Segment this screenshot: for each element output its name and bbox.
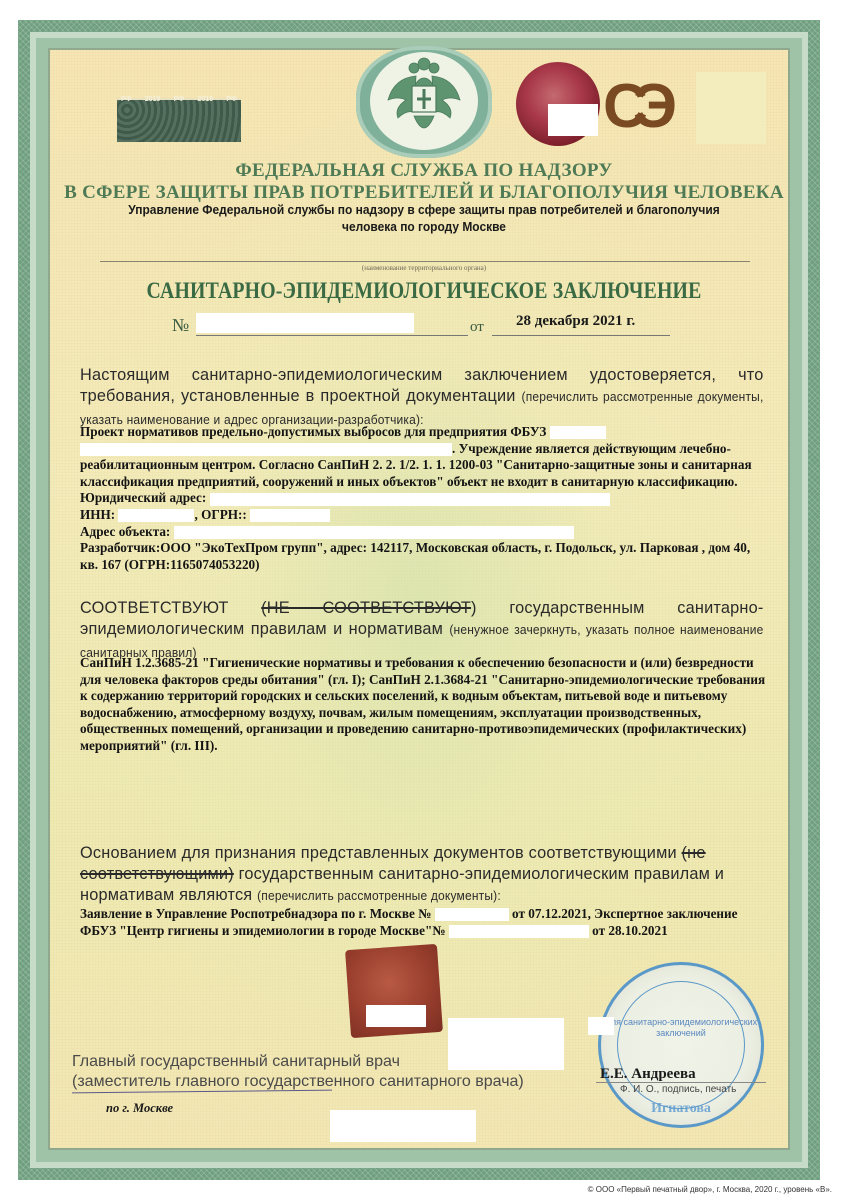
redacted-block [548, 104, 598, 136]
security-strip: РФ 2019 РФ 2019 РФ [117, 98, 241, 142]
object-address-label: Адрес объекта: [80, 524, 170, 539]
number-underline [196, 335, 468, 336]
stamp-center-text: Для санитарно-эпидемиологических заключе… [601, 1017, 761, 1039]
divider [100, 261, 750, 262]
number-label: № [172, 315, 189, 336]
signature-caption: Ф. И. О., подпись, печать [620, 1084, 736, 1095]
inn-label: ИНН: [80, 507, 115, 522]
sanpin-list: СанПиН 1.2.3685-21 "Гигиенические нормат… [80, 655, 770, 755]
ogrn-label: , ОГРН:: [194, 507, 246, 522]
redacted-block [80, 443, 452, 456]
compliance-paragraph: СООТВЕТСТВУЮТ (НЕ СООТВЕТСТВУЮТ) государ… [80, 597, 768, 664]
not-complies-struck: (НЕ СООТВЕТСТВУЮТ [261, 598, 471, 617]
redacted-application-number [435, 908, 509, 921]
double-headed-eagle-emblem-icon [370, 52, 478, 150]
redacted-legal-address [210, 493, 610, 506]
strip-text: РФ [226, 96, 237, 103]
document-title: САНИТАРНО-ЭПИДЕМИОЛОГИЧЕСКОЕ ЗАКЛЮЧЕНИЕ [59, 278, 788, 304]
redacted-expert-number [449, 925, 589, 938]
redacted-block [588, 1017, 614, 1035]
basis-docs-part-3: от 28.10.2021 [592, 923, 668, 938]
department-name: Управление Федеральной службы по надзору… [117, 201, 732, 235]
signer-name: Е.Е. Андреева [600, 1066, 696, 1083]
redacted-block [330, 1110, 476, 1142]
agency-name-line-1: ФЕДЕРАЛЬНАЯ СЛУЖБА ПО НАДЗОРУ [0, 160, 848, 182]
se-logo: СЭ [603, 76, 663, 138]
redacted-document-number [196, 313, 414, 333]
intro-paragraph: Настоящим санитарно-эпидемиологическим з… [80, 364, 768, 431]
printer-credit: © ООО «Первый печатный двор», г. Москва,… [588, 1185, 832, 1194]
issue-date: 28 декабря 2021 г. [516, 313, 635, 330]
official-round-stamp: Для санитарно-эпидемиологических заключе… [598, 962, 764, 1128]
from-label: от [470, 319, 484, 336]
document-number-row: № от 28 декабря 2021 г. [172, 313, 672, 337]
strip-text: РФ [174, 96, 185, 103]
project-line-1: Проект нормативов предельно-допустимых в… [80, 424, 546, 439]
stamp-surname: Игнатова [601, 1101, 761, 1117]
strip-text: 2019 [145, 96, 161, 103]
legal-address-label: Юридический адрес: [80, 490, 206, 505]
strip-text: РФ [121, 96, 132, 103]
department-caption: (наименование территориального органа) [0, 264, 848, 272]
basis-hint: (перечислить рассмотренные документы): [257, 889, 501, 903]
signatory-title-line-1: Главный государственный санитарный врач [72, 1052, 524, 1072]
signatory-city: по г. Москве [106, 1101, 173, 1116]
project-description: Проект нормативов предельно-допустимых в… [80, 424, 770, 573]
basis-docs-part-1: Заявление в Управление Роспотребнадзора … [80, 906, 431, 921]
complies-text: СООТВЕТСТВУЮТ [80, 598, 228, 617]
basis-text-1: Основанием для признания представленных … [80, 843, 677, 862]
signatory-title: Главный государственный санитарный врач … [72, 1052, 524, 1092]
redacted-block [550, 426, 606, 439]
date-underline [492, 335, 670, 336]
strip-text: 2019 [198, 96, 214, 103]
redacted-inn [118, 509, 194, 522]
basis-paragraph: Основанием для признания представленных … [80, 842, 768, 907]
redacted-ogrn [250, 509, 330, 522]
redacted-object-address [174, 526, 574, 539]
redacted-block [366, 1005, 426, 1027]
developer-info: Разработчик:ООО "ЭкоТехПром групп", адре… [80, 540, 770, 573]
basis-documents: Заявление в Управление Роспотребнадзора … [80, 906, 770, 939]
blank-watermark-area [696, 72, 766, 144]
